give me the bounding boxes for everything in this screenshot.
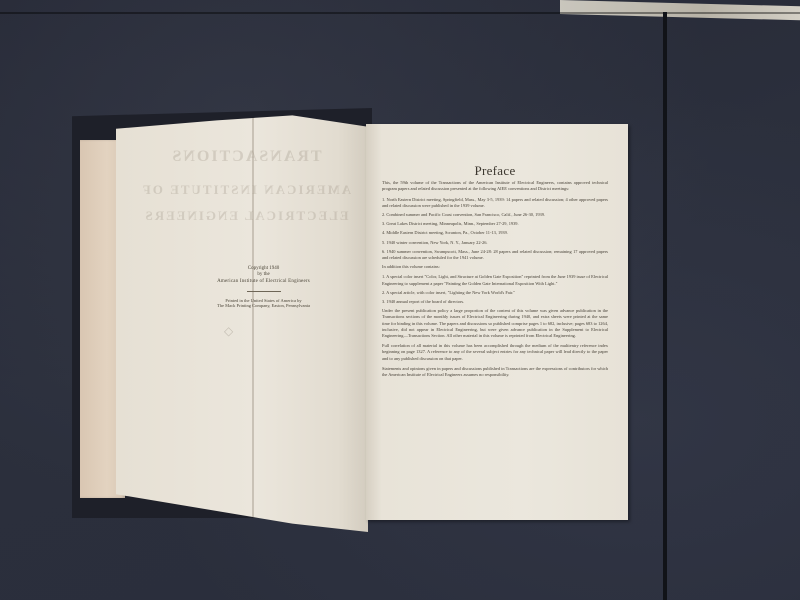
meeting-item: 3. Great Lakes District meeting, Minneap… (382, 221, 608, 227)
preface-intro: This, the 59th volume of the Transaction… (382, 180, 608, 192)
show-through-subtitle-2: ELECTRICAL ENGINEERS (136, 208, 356, 224)
surface-edge-shadow (0, 12, 800, 14)
addition-item: 2. A special article, with color insert,… (382, 290, 608, 296)
meeting-item: 4. Middle Eastern District meeting, Scra… (382, 230, 608, 236)
show-through-title: TRANSACTIONS (136, 148, 356, 166)
policy-paragraph: Under the present publication policy a l… (382, 308, 608, 339)
left-page: TRANSACTIONS AMERICAN INSTITUTE OF ELECT… (116, 112, 368, 532)
additions-heading: In addition this volume contains: (382, 264, 608, 270)
right-page: Preface This, the 59th volume of the Tra… (366, 124, 628, 520)
meeting-item: 5. 1940 winter convention, New York, N. … (382, 240, 608, 246)
page-fold-line (252, 112, 254, 532)
publisher-name: American Institute of Electrical Enginee… (196, 279, 331, 285)
meeting-item: 2. Combined summer and Pacific Coast con… (382, 212, 608, 218)
disclaimer-paragraph: Statements and opinions given in papers … (382, 366, 608, 378)
surface-seam (663, 12, 667, 600)
ornament-icon: ◇ (224, 324, 242, 338)
meeting-item: 6. 1940 summer convention, Swampscott, M… (382, 249, 608, 261)
addition-item: 1. A special color insert "Color, Light,… (382, 274, 608, 286)
divider (247, 291, 281, 292)
show-through-subtitle: AMERICAN INSTITUTE OF (136, 182, 356, 198)
printer-name: The Mack Printing Company, Easton, Penns… (196, 303, 331, 309)
copyright-block: Copyright 1940 by the American Institute… (196, 266, 331, 309)
meeting-item: 1. North Eastern District meeting, Sprin… (382, 197, 608, 209)
index-paragraph: Full correlation of all material in this… (382, 343, 608, 362)
preface-text: Preface This, the 59th volume of the Tra… (382, 168, 608, 382)
preface-title: Preface (382, 168, 608, 174)
addition-item: 3. 1940 annual report of the board of di… (382, 299, 608, 305)
